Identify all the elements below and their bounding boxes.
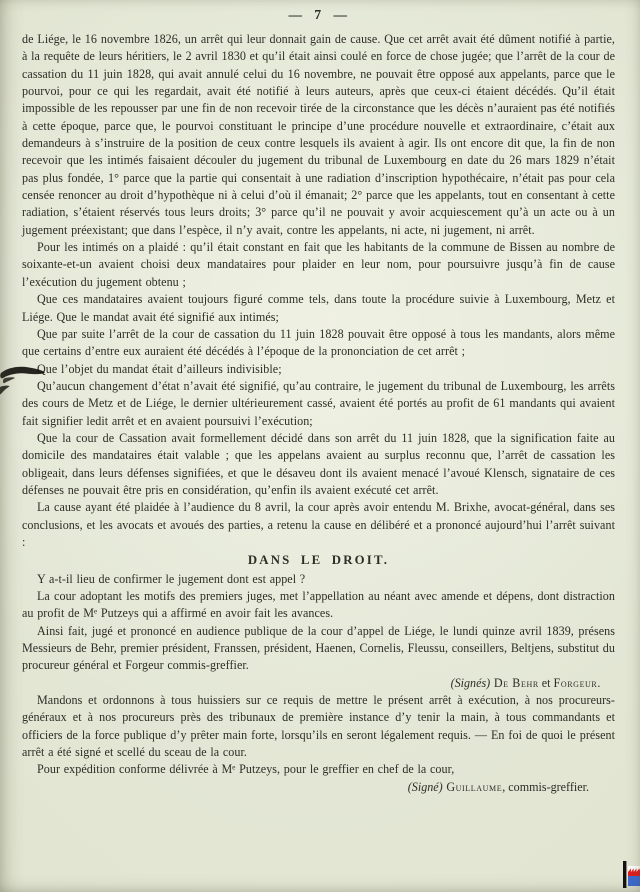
- paragraph: Que l’objet du mandat était d’ailleurs i…: [22, 361, 615, 378]
- paragraph: Que la cour de Cassation avait formellem…: [22, 430, 615, 499]
- paragraph: Mandons et ordonnons à tous huissiers su…: [22, 692, 615, 761]
- page-number: — 7 —: [22, 7, 615, 23]
- section-heading: DANS LE DROIT.: [22, 552, 615, 569]
- signature-prefix: (Signé): [408, 780, 443, 794]
- paragraph: Pour expédition conforme délivrée à Mᵉ P…: [22, 761, 615, 778]
- paragraph: La cause ayant été plaidée à l’audience …: [22, 499, 615, 551]
- document-page: — 7 — de Liége, le 16 novembre 1826, un …: [0, 0, 640, 796]
- paragraph: Y a-t-il lieu de confirmer le jugement d…: [22, 571, 615, 588]
- flag-base: [628, 876, 640, 886]
- signature-line: (Signés) De Behr et Forgeur.: [22, 675, 615, 692]
- paragraph: Ainsi fait, jugé et prononcé en audience…: [22, 623, 615, 675]
- paragraph: Qu’aucun changement d’état n’avait été s…: [22, 378, 615, 430]
- paragraph-continuation: de Liége, le 16 novembre 1826, un arrêt …: [22, 31, 615, 239]
- signature-suffix: , commis-greffier.: [502, 780, 589, 794]
- paragraph: La cour adoptant les motifs des premiers…: [22, 588, 615, 623]
- paragraph: Pour les intimés on a plaidé : qu’il éta…: [22, 239, 615, 291]
- paragraph: Que ces mandataires avaient toujours fig…: [22, 291, 615, 326]
- signature-name: De Behr: [490, 676, 539, 690]
- paragraph: Que par suite l’arrêt de la cour de cass…: [22, 326, 615, 361]
- corner-flag-mark: [621, 860, 640, 890]
- signature-name: Forgeur.: [554, 676, 601, 690]
- corner-bar: [623, 861, 626, 888]
- signature-prefix: (Signés): [451, 676, 491, 690]
- signature-conjunction: et: [539, 676, 554, 690]
- signature-name: Guillaume: [443, 780, 503, 794]
- ink-smudge: [0, 362, 48, 404]
- signature-line: (Signé) Guillaume, commis-greffier.: [22, 779, 615, 796]
